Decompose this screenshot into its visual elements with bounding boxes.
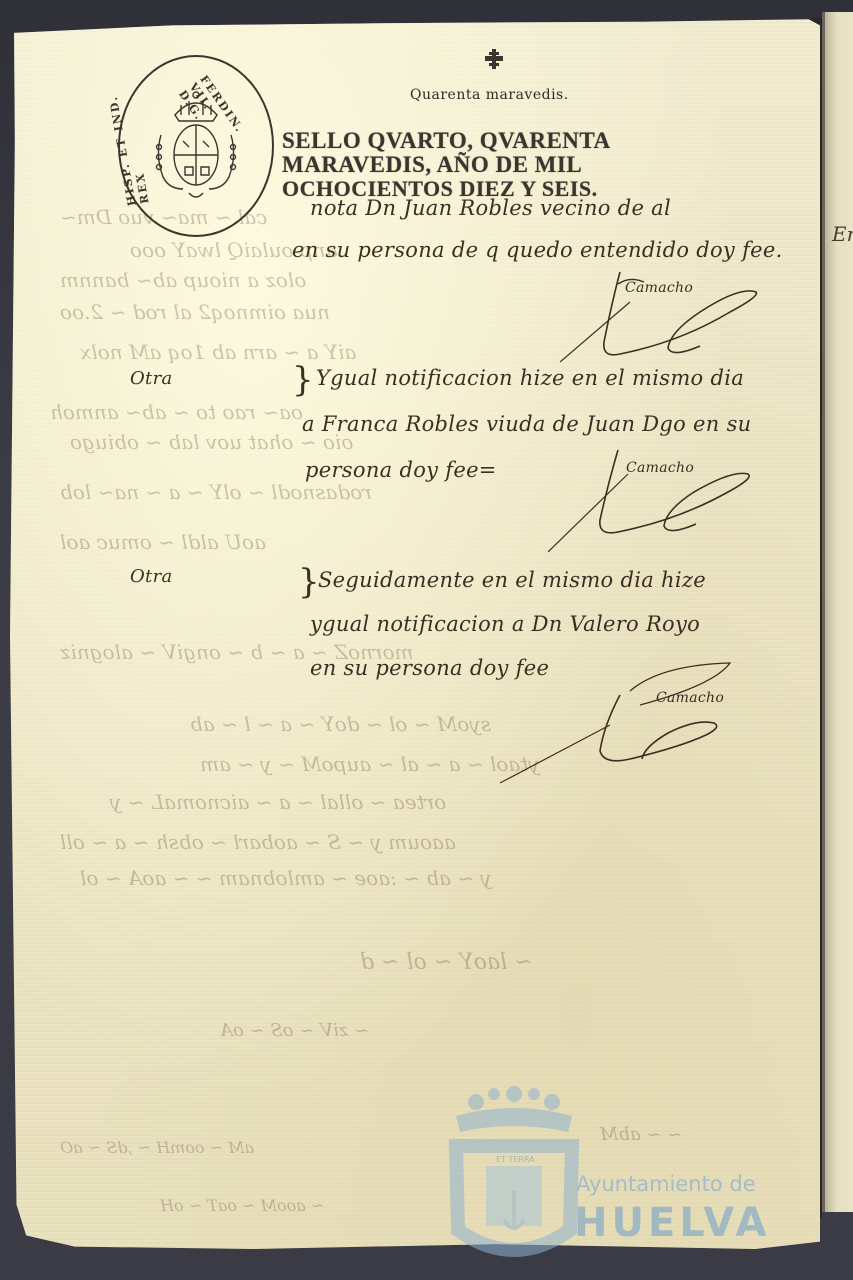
adjacent-page-edge [822, 12, 853, 1212]
value-print-label: Quarenta maravedis. [410, 87, 569, 103]
adjacent-page-text: En [832, 222, 853, 246]
entry-line: a Franca Robles viuda de Juan Dgo en su [302, 412, 751, 436]
signature-flourish-icon [560, 262, 780, 372]
entry-line: en su persona de q quedo entendido doy f… [292, 238, 783, 262]
brace-icon: } [292, 360, 314, 400]
margin-label: Otra [130, 566, 173, 587]
watermark-motto-top: ET TERRA [496, 1155, 535, 1164]
stamp-line-2: MARAVEDIS, AÑO DE MIL [282, 152, 582, 178]
stamp-line-1: SELLO QVARTO, QVARENTA [282, 128, 611, 154]
signature-flourish-icon [500, 655, 740, 785]
coat-of-arms-icon [153, 85, 239, 203]
watermark-text-huelva: HUELVA [574, 1200, 770, 1246]
entry-line: persona doy fee= [305, 458, 497, 482]
watermark-text-ayuntamiento: Ayuntamiento de [576, 1172, 756, 1196]
entry-line: Ygual notificacion hize en el mismo dia [316, 366, 744, 390]
cross-ornament-icon [484, 48, 504, 70]
entry-line: ygual notificacion a Dn Valero Royo [310, 612, 700, 636]
entry-line: nota Dn Juan Robles vecino de al [310, 196, 671, 220]
royal-seal-stamp: FERDIN. VII. D.G. HISP. ET IND. REX [118, 55, 274, 237]
signature-flourish-icon [548, 444, 778, 554]
margin-label: Otra [130, 368, 173, 389]
entry-line: Seguidamente en el mismo dia hize [318, 568, 706, 592]
brace-icon: } [298, 562, 320, 602]
